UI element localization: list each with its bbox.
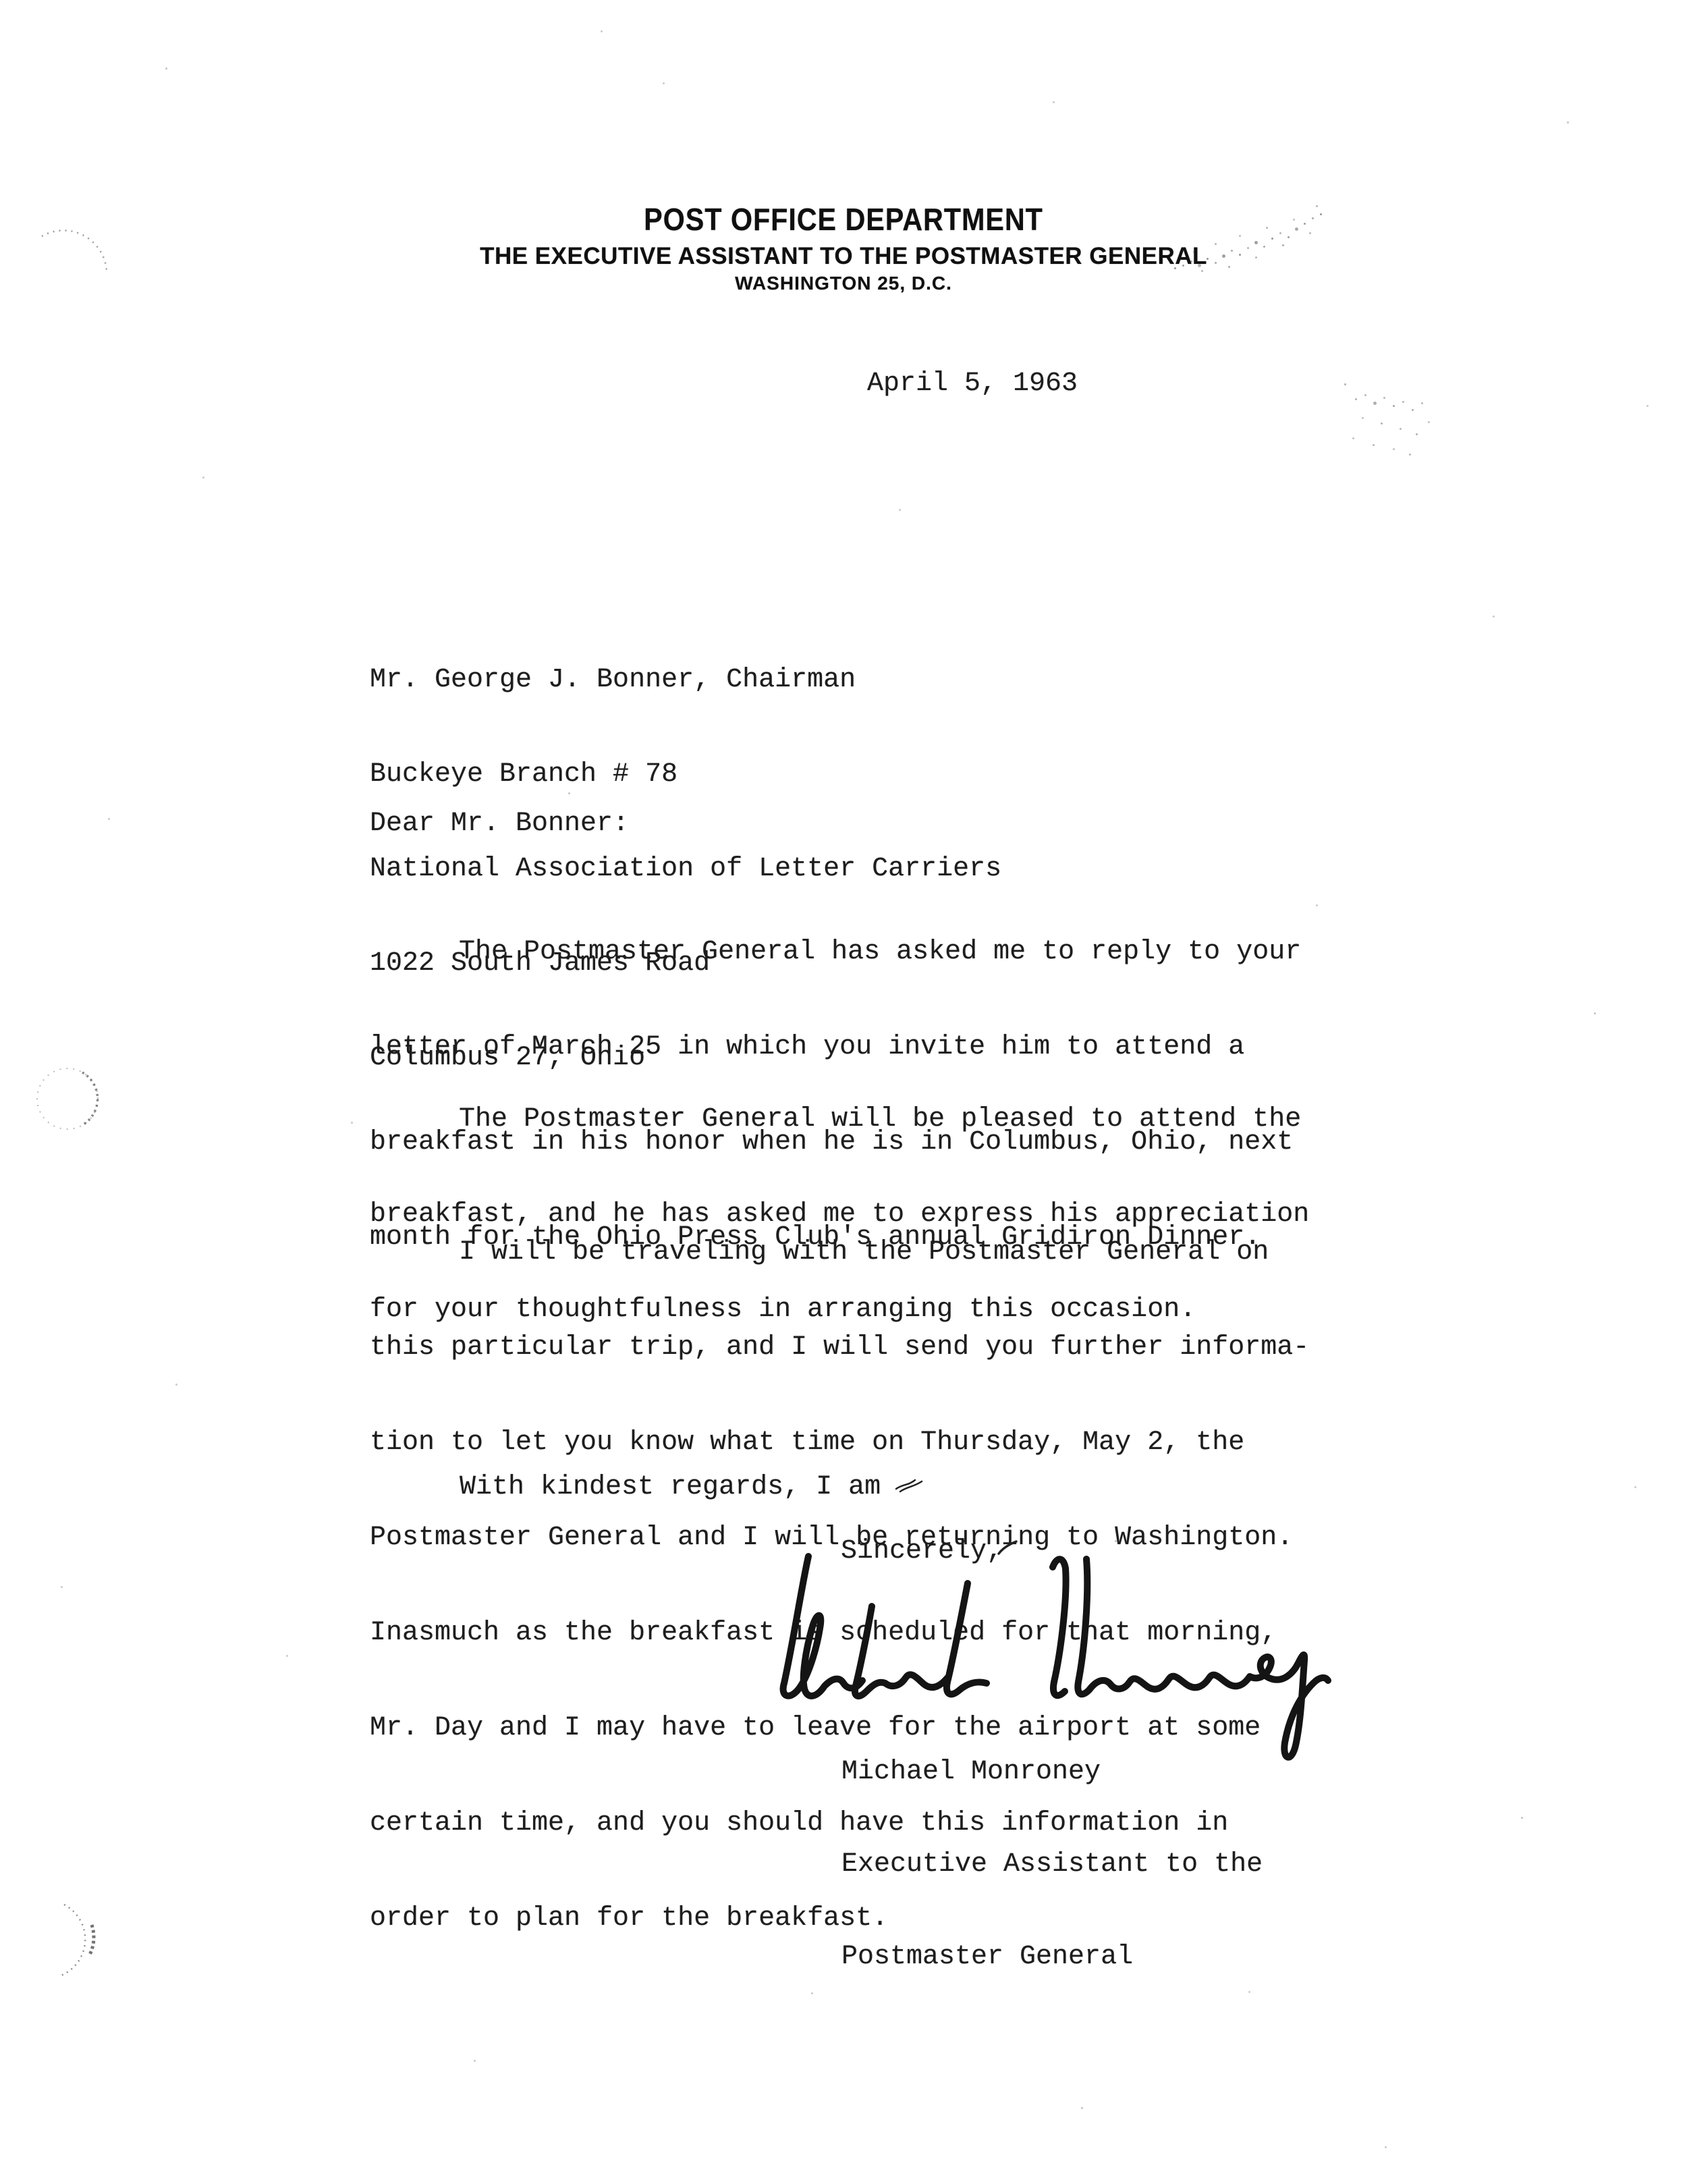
recipient-line: Buckeye Branch # 78 xyxy=(370,758,1001,792)
letter-page: POST OFFICE DEPARTMENT THE EXECUTIVE ASS… xyxy=(0,0,1687,2184)
recipient-line: Mr. George J. Bonner, Chairman xyxy=(370,663,1001,697)
body-line: tion to let you know what time on Thursd… xyxy=(370,1425,1309,1460)
letterhead-city: WASHINGTON 25, D.C. xyxy=(0,273,1687,294)
letterhead-office: THE EXECUTIVE ASSISTANT TO THE POSTMASTE… xyxy=(0,243,1687,270)
body-line: The Postmaster General will be pleased t… xyxy=(370,1102,1309,1137)
salutation: Dear Mr. Bonner: xyxy=(370,809,629,839)
body-line: The Postmaster General has asked me to r… xyxy=(370,935,1301,969)
typed-title-line-1: Executive Assistant to the xyxy=(841,1849,1263,1880)
letterhead-department: POST OFFICE DEPARTMENT xyxy=(84,201,1603,238)
body-line: I will be traveling with the Postmaster … xyxy=(370,1235,1309,1270)
sign-off: Sincerely, xyxy=(841,1536,1003,1566)
typed-title-line-2: Postmaster General xyxy=(841,1941,1263,1973)
punch-hole-mark-bottom xyxy=(13,1883,121,1991)
punch-hole-mark-middle xyxy=(13,1045,121,1153)
body-line: this particular trip, and I will send yo… xyxy=(370,1330,1309,1365)
closing-line: With kindest regards, I am xyxy=(460,1472,881,1502)
scan-smudge-date xyxy=(1344,383,1346,385)
date-line: April 5, 1963 xyxy=(867,368,1078,399)
typed-name: Michael Monroney xyxy=(841,1756,1263,1788)
body-line: Inasmuch as the breakfast is scheduled f… xyxy=(370,1616,1309,1650)
body-line: Postmaster General and I will be returni… xyxy=(370,1521,1309,1555)
scan-speckles xyxy=(0,0,2,2)
typed-signature-block: Michael Monroney Executive Assistant to … xyxy=(841,1695,1263,2033)
